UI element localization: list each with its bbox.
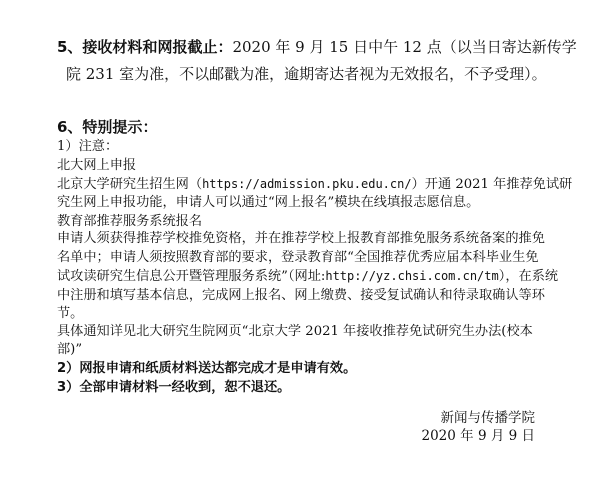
pku-online-line1-pre: 北京大学研究生招生网（ [57,177,202,192]
chsi-link[interactable]: http://yz.chsi.com.cn/tm [325,269,498,283]
note3: 3）全部申请材料一经收到，恕不退还。 [57,379,290,396]
pku-online-line2: 究生网上申报功能，申请人可以通过“网上报名”模块在线填报志愿信息。 [57,194,479,211]
moe-system-line2: 名单中；申请人须按照教育部的要求，登录教育部“全国推荐优秀应届本科毕业生免 [57,249,539,266]
moe-system-title: 教育部推荐服务系统报名 [57,213,202,230]
details-line1: 具体通知详见北大研究生院网页“北京大学 2021 年接收推荐免试研究生办法(校本 [57,323,533,340]
document-page: 5、接收材料和网报截止：2020 年 9 月 15 日中午 12 点（以当日寄达… [0,0,600,486]
pku-online-line1: 北京大学研究生招生网（https://admission.pku.edu.cn/… [57,176,572,193]
section5-heading: 5、接收材料和网报截止： [57,38,232,56]
moe-system-line3-post: ），在系统 [499,269,558,284]
note2: 2）网报申请和纸质材料送达都完成才是申请有效。 [57,360,356,377]
moe-system-line1: 申请人须获得推荐学校推免资格，并在推荐学校上报教育部推免服务系统备案的推免 [57,230,545,247]
pku-online-title: 北大网上申报 [57,157,136,174]
pku-online-line1-post: ）开通 2021 年推荐免试研 [412,177,573,192]
moe-system-line4: 中注册和填写基本信息，完成网上报名、网上缴费、接受复试确认和待录取确认等环 [57,287,545,304]
details-line2: 部)” [57,341,82,358]
section6-heading: 6、特别提示： [57,118,157,136]
section5-line2: 院 231 室为准，不以邮戳为准，逾期寄达者视为无效报名，不予受理）。 [66,65,547,83]
note1-label: 1）注意： [57,138,118,155]
moe-system-line3: 试攻读研究生信息公开暨管理服务系统”（网址:http://yz.chsi.com… [57,268,558,285]
section5-line1: 5、接收材料和网报截止：2020 年 9 月 15 日中午 12 点（以当日寄达… [57,38,577,56]
section5-deadline-text: 2020 年 9 月 15 日中午 12 点（以当日寄达新传学 [232,38,576,56]
signature-date: 2020 年 9 月 9 日 [422,428,536,445]
pku-admission-link[interactable]: https://admission.pku.edu.cn/ [202,177,412,191]
moe-system-line3-pre: 试攻读研究生信息公开暨管理服务系统”（网址: [57,269,325,284]
signature-org: 新闻与传播学院 [441,410,536,427]
moe-system-line5: 节。 [57,305,83,322]
